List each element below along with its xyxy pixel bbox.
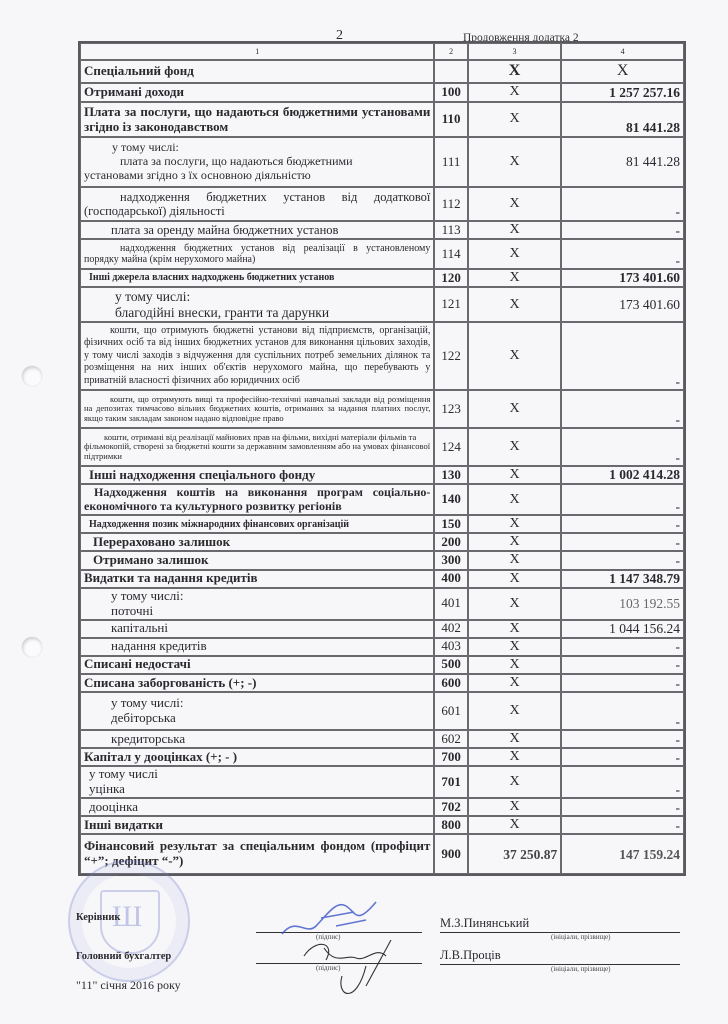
table-row: кредиторська 602 X - (80, 730, 684, 748)
row-label: кошти, що отримують вищі та професійно-т… (80, 390, 434, 428)
row-col4: - (561, 428, 684, 466)
column-header: 2 (434, 43, 467, 60)
table-row: Отримані доходи 100 X 1 257 257.16 (80, 83, 684, 102)
table-row: Отримано залишок 300 X - (80, 551, 684, 569)
director-name: М.З.Пинянський (440, 916, 529, 931)
row-code: 112 (434, 187, 467, 221)
row-col3: X (468, 137, 561, 187)
row-col3: X (468, 656, 561, 674)
row-label: Інші джерела власних надходжень бюджетни… (80, 269, 434, 287)
document-date: "11" січня 2016 року (76, 978, 181, 993)
table-row: надходження бюджетних установ від реаліз… (80, 239, 684, 269)
row-col4: - (561, 798, 684, 816)
row-col3: X (468, 221, 561, 239)
row-code: 121 (434, 287, 467, 322)
table-row: у тому числі: плата за послуги, що надаю… (80, 137, 684, 187)
row-label: Інші видатки (80, 816, 434, 834)
row-label-line: у тому числі: (111, 589, 430, 604)
row-code: 130 (434, 466, 467, 484)
row-code: 600 (434, 674, 467, 692)
table-row: Надходження позик міжнародних фінансових… (80, 515, 684, 533)
special-fund-table: 1 2 3 4 Спеціальний фонд X X Отримані до… (78, 41, 686, 876)
row-col4: 1 044 156.24 (561, 620, 684, 638)
row-label: Отримані доходи (80, 83, 434, 102)
row-label: кредиторська (80, 730, 434, 748)
row-label: Видатки та надання кредитів (80, 570, 434, 588)
row-label-line: установами згідно з їх основною діяльніс… (84, 169, 430, 183)
table-row: плата за оренду майна бюджетних установ … (80, 221, 684, 239)
row-col4: - (561, 239, 684, 269)
table-row: у тому числі: дебіторська 601 X - (80, 692, 684, 730)
row-col3: X (468, 269, 561, 287)
row-col3: X (468, 816, 561, 834)
table-row: у тому числі уцінка 701 X - (80, 766, 684, 798)
table-row: Капітал у дооцінках (+; - ) 700 X - (80, 748, 684, 766)
table-row: Списані недостачі 500 X - (80, 656, 684, 674)
table-row: кошти, отримані від реалізації майнових … (80, 428, 684, 466)
row-col3: X (468, 60, 561, 83)
table-row: Інші видатки 800 X - (80, 816, 684, 834)
row-col3: X (468, 570, 561, 588)
row-code: 114 (434, 239, 467, 269)
row-label-line: у тому числі: (111, 696, 430, 711)
row-col4: - (561, 221, 684, 239)
row-code: 403 (434, 638, 467, 656)
row-col4: - (561, 766, 684, 798)
row-col4: - (561, 638, 684, 656)
row-code: 113 (434, 221, 467, 239)
row-col3: X (468, 798, 561, 816)
row-code: 100 (434, 83, 467, 102)
row-label: у тому числі: поточні (80, 588, 434, 620)
row-label: Інші надходження спеціального фонду (80, 466, 434, 484)
row-col4: - (561, 656, 684, 674)
row-code: 601 (434, 692, 467, 730)
column-header: 4 (561, 43, 684, 60)
table-row: у тому числі: поточні 401 X 103 192.55 (80, 588, 684, 620)
table-row: надходження бюджетних установ від додатк… (80, 187, 684, 221)
row-col3: X (468, 428, 561, 466)
row-label-line: поточні (111, 604, 430, 619)
row-col3: X (468, 102, 561, 137)
row-code: 120 (434, 269, 467, 287)
row-label-line: у тому числі: (84, 141, 430, 155)
row-code: 400 (434, 570, 467, 588)
row-label: у тому числі: дебіторська (80, 692, 434, 730)
row-col3: X (468, 692, 561, 730)
table-row: Надходження коштів на виконання програм … (80, 484, 684, 515)
row-code: 140 (434, 484, 467, 515)
row-col3: X (468, 187, 561, 221)
row-code: 800 (434, 816, 467, 834)
row-col4: 81 441.28 (561, 137, 684, 187)
row-label-line: дебіторська (111, 711, 430, 726)
row-col4: - (561, 730, 684, 748)
row-label: капітальні (80, 620, 434, 638)
director-role: Керівник (76, 912, 120, 923)
row-label: Спеціальний фонд (80, 60, 434, 83)
row-col3: X (468, 766, 561, 798)
row-code: 122 (434, 322, 467, 390)
row-code: 111 (434, 137, 467, 187)
row-col4: 1 002 414.28 (561, 466, 684, 484)
row-code: 124 (434, 428, 467, 466)
row-code: 402 (434, 620, 467, 638)
row-col3: X (468, 83, 561, 102)
row-col4: 81 441.28 (561, 102, 684, 137)
row-col4: 103 192.55 (561, 588, 684, 620)
row-label-line: плата за послуги, що надаються бюджетним… (84, 155, 430, 169)
row-label-line: благодійні внески, гранти та дарунки (115, 305, 430, 321)
column-header: 1 (80, 43, 434, 60)
table-row: Фінансовий результат за спеціальним фонд… (80, 834, 684, 874)
row-label: плата за оренду майна бюджетних установ (80, 221, 434, 239)
row-col3: X (468, 515, 561, 533)
row-code: 701 (434, 766, 467, 798)
row-col4: - (561, 187, 684, 221)
table-row: капітальні 402 X 1 044 156.24 (80, 620, 684, 638)
accountant-role: Головний бухгалтер (76, 951, 171, 962)
table-row: Плата за послуги, що надаються бюджетним… (80, 102, 684, 137)
row-label: дооцінка (80, 798, 434, 816)
row-col3: X (468, 620, 561, 638)
table-row: Інші надходження спеціального фонду 130 … (80, 466, 684, 484)
row-label: кошти, що отримують бюджетні установи ві… (80, 322, 434, 390)
row-col4: - (561, 551, 684, 569)
row-col4: - (561, 692, 684, 730)
row-label: Надходження позик міжнародних фінансових… (80, 515, 434, 533)
row-col3: X (468, 674, 561, 692)
column-header: 3 (468, 43, 561, 60)
accountant-name-caption: (ініціали, прізвище) (551, 965, 610, 973)
row-col4: 147 159.24 (561, 834, 684, 874)
signatures-block: Ш Керівник (підпис) М.З.Пинянський (ініц… (76, 908, 696, 1018)
table-row: кошти, що отримують бюджетні установи ві… (80, 322, 684, 390)
row-col4: 173 401.60 (561, 269, 684, 287)
row-col3: X (468, 551, 561, 569)
row-code: 500 (434, 656, 467, 674)
row-col4: 1 147 348.79 (561, 570, 684, 588)
row-col4: 173 401.60 (561, 287, 684, 322)
row-label: у тому числі: плата за послуги, що надаю… (80, 137, 434, 187)
row-col4: 1 257 257.16 (561, 83, 684, 102)
accountant-name: Л.В.Проців (440, 948, 501, 963)
row-label: у тому числі уцінка (80, 766, 434, 798)
punch-hole-bottom (22, 637, 42, 657)
row-col4: - (561, 674, 684, 692)
row-code: 150 (434, 515, 467, 533)
row-col3: X (468, 748, 561, 766)
row-label: надходження бюджетних установ від додатк… (80, 187, 434, 221)
row-col3: X (468, 287, 561, 322)
row-col4: - (561, 322, 684, 390)
row-col4: - (561, 484, 684, 515)
row-col4: - (561, 390, 684, 428)
row-col3: X (468, 533, 561, 551)
row-col3: X (468, 466, 561, 484)
row-code: 110 (434, 102, 467, 137)
row-col4: - (561, 533, 684, 551)
row-col3: X (468, 588, 561, 620)
row-code (434, 60, 467, 83)
accountant-signature (296, 936, 406, 1006)
row-col3: X (468, 390, 561, 428)
row-code: 900 (434, 834, 467, 874)
director-name-caption: (ініціали, прізвище) (551, 933, 610, 941)
row-col3: X (468, 322, 561, 390)
row-col4: - (561, 816, 684, 834)
table-row: кошти, що отримують вищі та професійно-т… (80, 390, 684, 428)
row-code: 700 (434, 748, 467, 766)
column-number-row: 1 2 3 4 (80, 43, 684, 60)
table-row: Списана заборгованість (+; -) 600 X - (80, 674, 684, 692)
row-label-line: уцінка (89, 782, 430, 797)
row-label: Перераховано залишок (80, 533, 434, 551)
row-label: надходження бюджетних установ від реаліз… (80, 239, 434, 269)
row-col3: X (468, 730, 561, 748)
row-col4: X (561, 60, 684, 83)
row-label: Надходження коштів на виконання програм … (80, 484, 434, 515)
row-label: надання кредитів (80, 638, 434, 656)
row-code: 401 (434, 588, 467, 620)
row-label: Списані недостачі (80, 656, 434, 674)
row-code: 300 (434, 551, 467, 569)
row-col3: X (468, 638, 561, 656)
row-label: у тому числі: благодійні внески, гранти … (80, 287, 434, 322)
row-col4: - (561, 515, 684, 533)
row-col3: X (468, 484, 561, 515)
row-code: 702 (434, 798, 467, 816)
row-label-line: у тому числі (89, 767, 430, 782)
table-row: Спеціальний фонд X X (80, 60, 684, 83)
row-col3: X (468, 239, 561, 269)
table-row: дооцінка 702 X - (80, 798, 684, 816)
row-label: Списана заборгованість (+; -) (80, 674, 434, 692)
row-label-line: у тому числі: (115, 289, 430, 305)
table-row: Інші джерела власних надходжень бюджетни… (80, 269, 684, 287)
row-label: Капітал у дооцінках (+; - ) (80, 748, 434, 766)
row-col4: - (561, 748, 684, 766)
row-label: Плата за послуги, що надаються бюджетним… (80, 102, 434, 137)
punch-hole-top (22, 366, 42, 386)
table-row: Видатки та надання кредитів 400 X 1 147 … (80, 570, 684, 588)
table-row: Перераховано залишок 200 X - (80, 533, 684, 551)
row-label: кошти, отримані від реалізації майнових … (80, 428, 434, 466)
row-col3: 37 250.87 (468, 834, 561, 874)
row-label: Отримано залишок (80, 551, 434, 569)
row-code: 200 (434, 533, 467, 551)
row-code: 123 (434, 390, 467, 428)
table-row: у тому числі: благодійні внески, гранти … (80, 287, 684, 322)
table-row: надання кредитів 403 X - (80, 638, 684, 656)
row-code: 602 (434, 730, 467, 748)
